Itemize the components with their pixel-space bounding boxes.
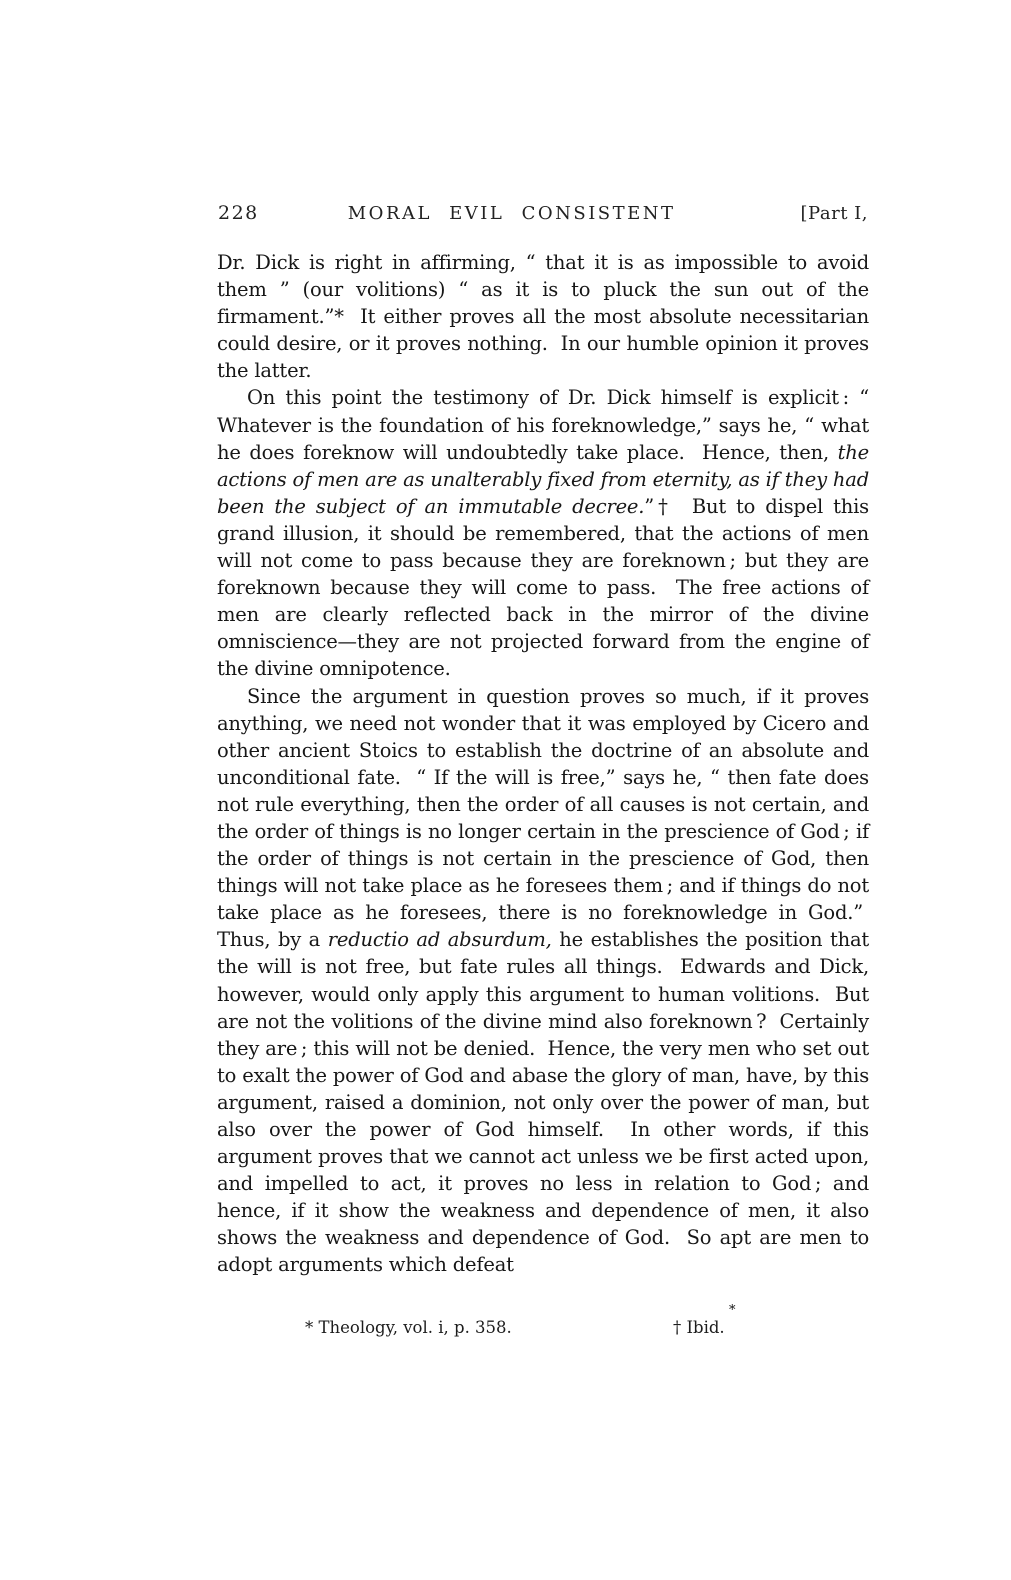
body-text: Dr. Dick is right in affirming, “ that i…: [217, 249, 869, 1279]
running-header: 228 MORAL EVIL CONSISTENT [Part I,: [218, 202, 868, 224]
text-run: ”† But to dispel this grand illusion, it…: [217, 495, 869, 681]
text-run: he establishes the position that the wil…: [217, 928, 869, 1276]
italic-text-run: reductio ad absurdum,: [328, 928, 552, 951]
paragraph: Dr. Dick is right in affirming, “ that i…: [217, 249, 869, 384]
running-title: MORAL EVIL CONSISTENT: [348, 203, 676, 224]
page-number: 228: [218, 202, 259, 224]
part-label: [Part I,: [801, 203, 868, 224]
stray-print-mark: *: [729, 1303, 736, 1318]
text-run: Since the argument in question proves so…: [217, 685, 869, 952]
footnote-ibid: † Ibid.: [673, 1318, 725, 1337]
paragraph: On this point the testimony of Dr. Dick …: [217, 384, 869, 682]
paragraph: Since the argument in question proves so…: [217, 683, 869, 1279]
text-run: On this point the testimony of Dr. Dick …: [217, 386, 869, 463]
text-run: Dr. Dick is right in affirming, “ that i…: [217, 251, 869, 382]
footnote-theology: * Theology, vol. i, p. 358.: [305, 1318, 512, 1337]
book-page: 228 MORAL EVIL CONSISTENT [Part I, Dr. D…: [0, 0, 1011, 1580]
